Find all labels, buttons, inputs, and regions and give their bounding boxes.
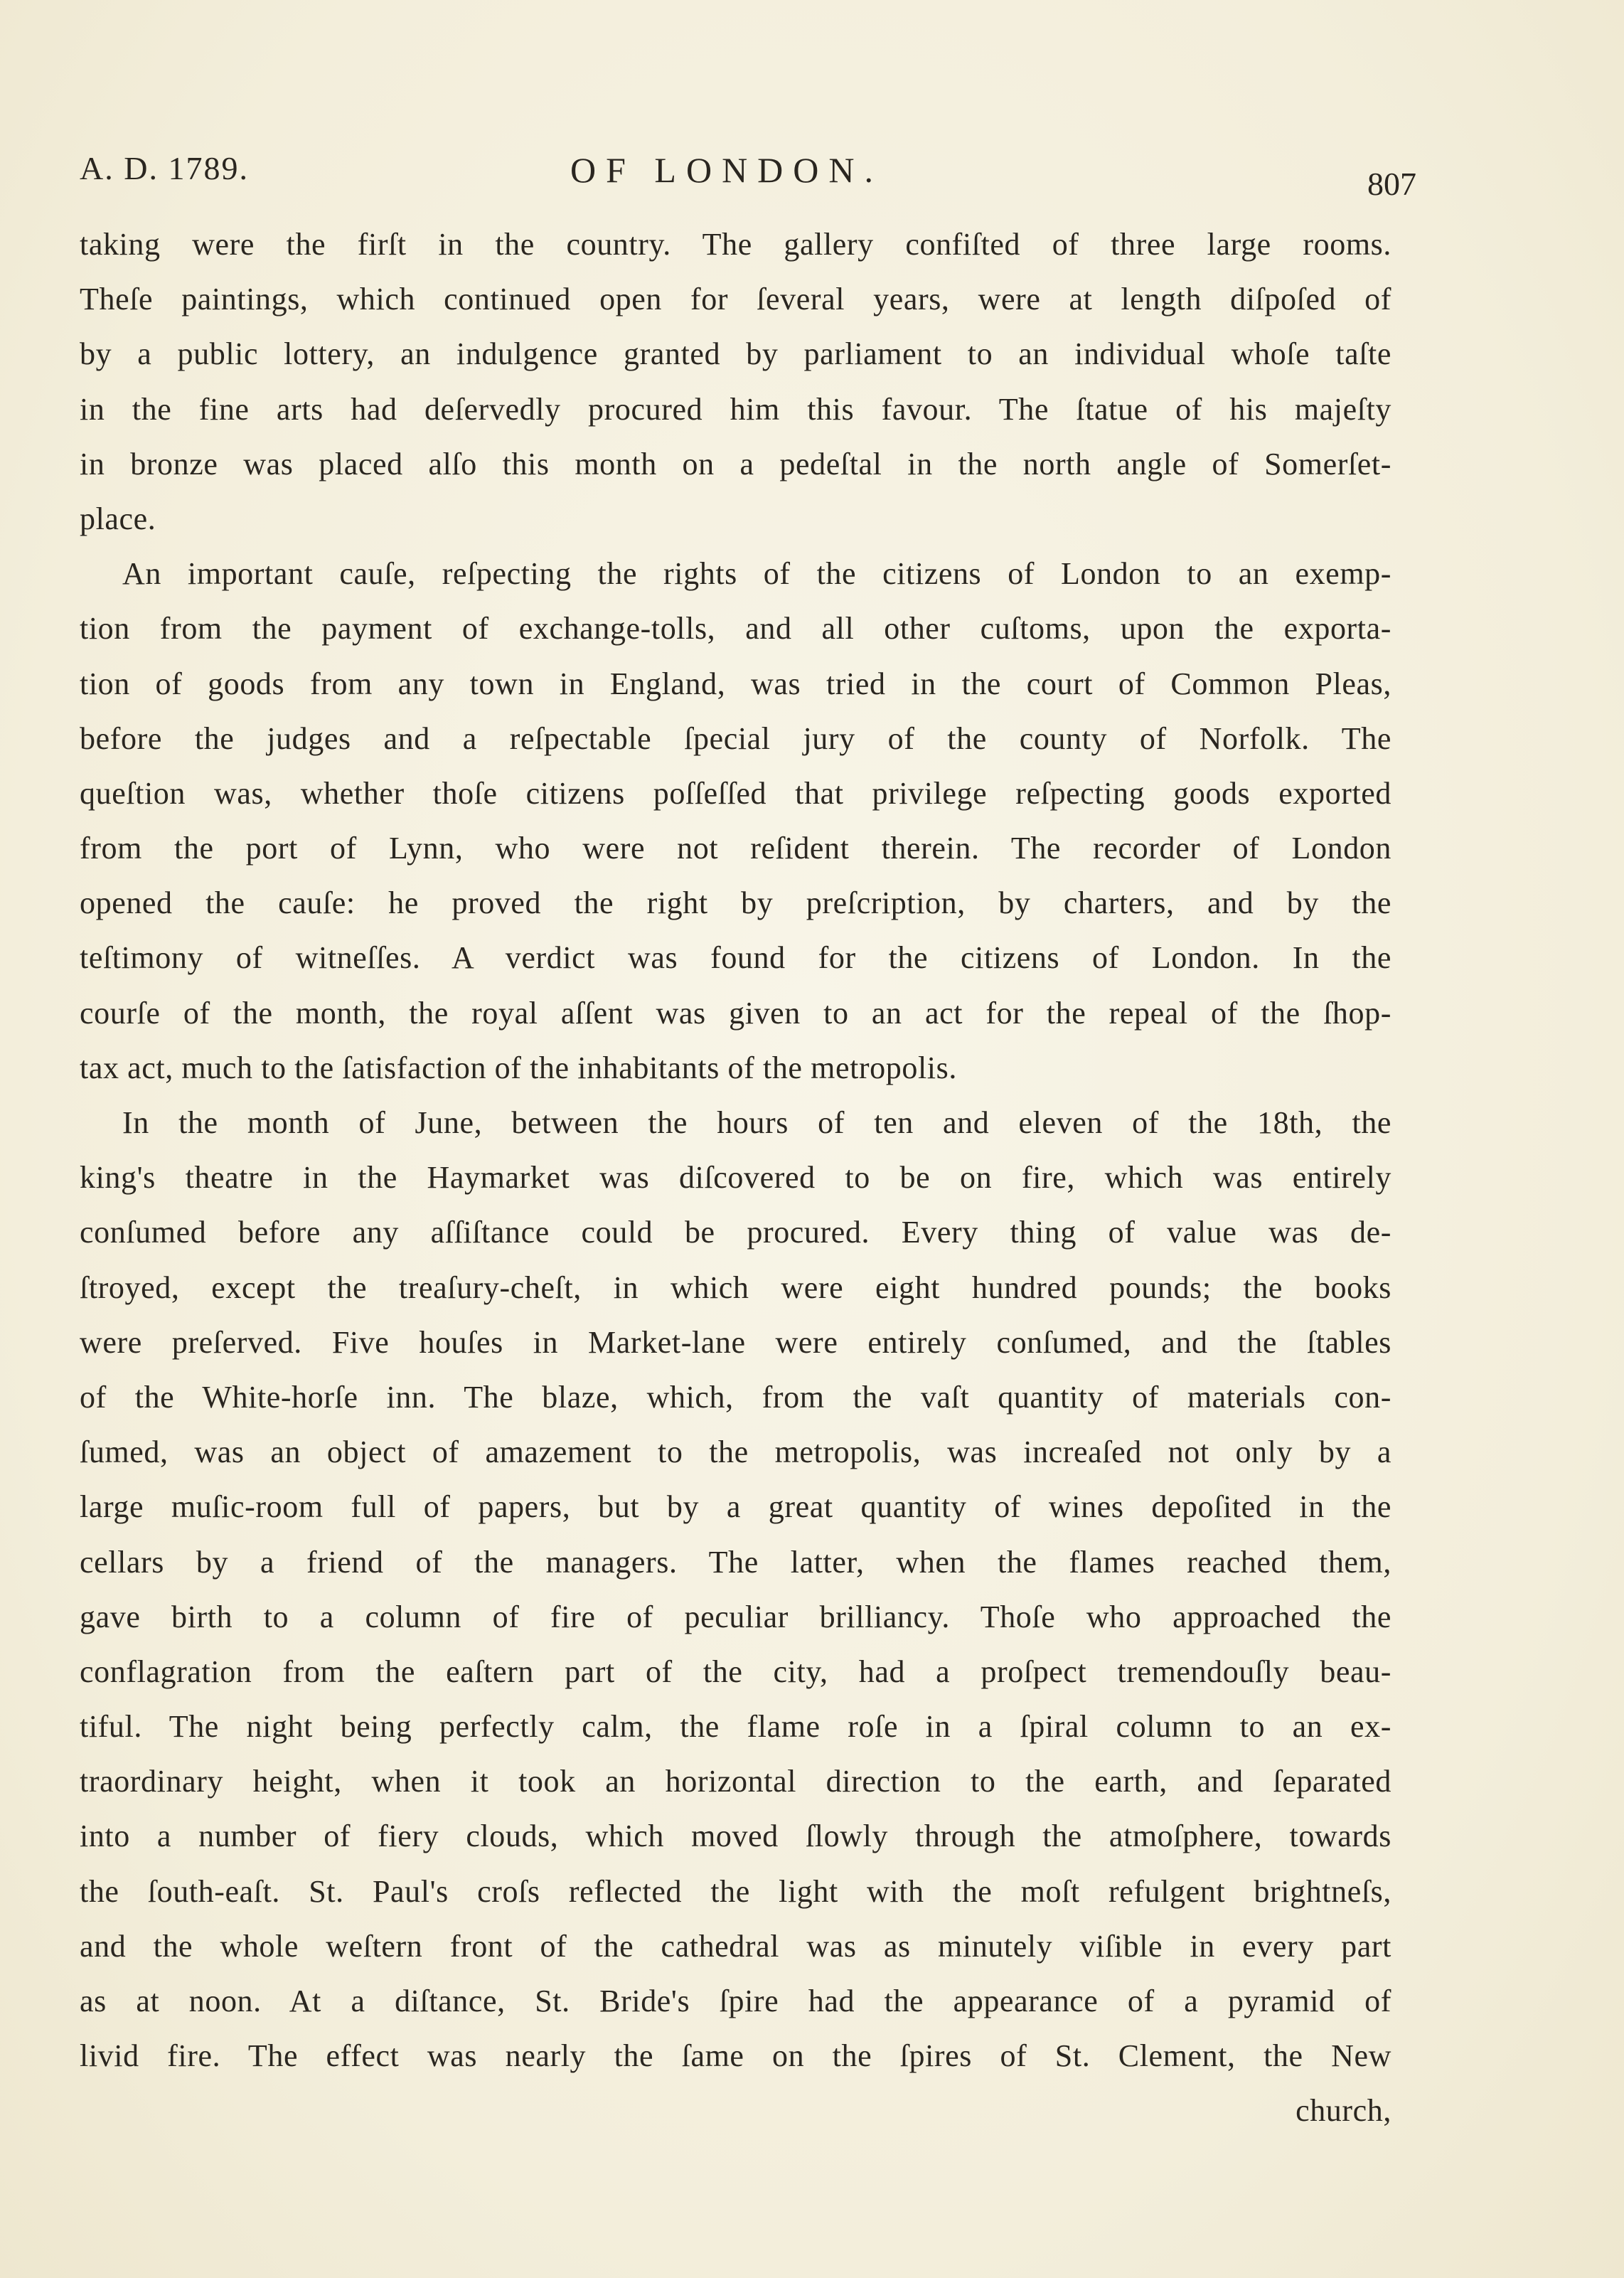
text-line: Theſe paintings, which continued open fo… <box>80 272 1391 326</box>
page-number: 807 <box>1367 165 1416 203</box>
header-year: A. D. 1789. <box>80 149 249 187</box>
text-line: tion of goods from any town in England, … <box>80 656 1391 711</box>
text-line: the ſouth-eaſt. St. Paul's croſs reflect… <box>80 1864 1391 1919</box>
text-line: cellars by a friend of the managers. The… <box>80 1535 1391 1590</box>
text-line: conflagration from the eaſtern part of t… <box>80 1644 1391 1699</box>
text-line: were preſerved. Five houſes in Market-la… <box>80 1315 1391 1370</box>
text-line: opened the cauſe: he proved the right by… <box>80 875 1391 930</box>
text-line: queſtion was, whether thoſe citizens poſ… <box>80 766 1391 821</box>
text-line: and the whole weſtern front of the cathe… <box>80 1919 1391 1974</box>
text-line: tiful. The night being perfectly calm, t… <box>80 1699 1391 1754</box>
text-line: ſtroyed, except the treaſury-cheſt, in w… <box>80 1260 1391 1315</box>
text-line: tax act, much to the ſatisfaction of the… <box>80 1040 1391 1095</box>
text-line: into a number of fiery clouds, which mov… <box>80 1809 1391 1863</box>
text-line: in the fine arts had deſervedly procured… <box>80 382 1391 437</box>
text-line: teſtimony of witneſſes. A verdict was fo… <box>80 930 1391 985</box>
running-header: A. D. 1789. OF LONDON. 807 <box>80 149 1416 206</box>
paragraph-start-line: In the month of June, between the hours … <box>80 1095 1391 1150</box>
text-line: livid fire. The effect was nearly the ſa… <box>80 2028 1391 2083</box>
paragraph-start-line: An important cauſe, reſpecting the right… <box>80 546 1391 601</box>
text-line: king's theatre in the Haymarket was diſc… <box>80 1150 1391 1205</box>
text-line: before the judges and a reſpectable ſpec… <box>80 711 1391 766</box>
text-line: as at noon. At a diſtance, St. Bride's ſ… <box>80 1974 1391 2028</box>
text-line: courſe of the month, the royal aſſent wa… <box>80 986 1391 1040</box>
book-page: A. D. 1789. OF LONDON. 807 taking were t… <box>0 0 1624 2278</box>
text-line: from the port of Lynn, who were not reſi… <box>80 821 1391 875</box>
text-line: taking were the firſt in the country. Th… <box>80 217 1391 272</box>
header-title: OF LONDON. <box>570 149 883 191</box>
text-line: ſumed, was an object of amazement to the… <box>80 1425 1391 1479</box>
body-text: taking were the firſt in the country. Th… <box>80 217 1391 2139</box>
text-line: conſumed before any aſſiſtance could be … <box>80 1205 1391 1260</box>
text-line: place. <box>80 491 1391 546</box>
text-line: gave birth to a column of fire of peculi… <box>80 1590 1391 1644</box>
text-line: traordinary height, when it took an hori… <box>80 1754 1391 1809</box>
text-line: tion from the payment of exchange-tolls,… <box>80 601 1391 656</box>
text-line: by a public lottery, an indulgence grant… <box>80 326 1391 381</box>
text-line: of the White-horſe inn. The blaze, which… <box>80 1370 1391 1425</box>
text-line: in bronze was placed alſo this month on … <box>80 437 1391 491</box>
catchword: church, <box>80 2083 1391 2138</box>
text-line: large muſic-room full of papers, but by … <box>80 1479 1391 1534</box>
